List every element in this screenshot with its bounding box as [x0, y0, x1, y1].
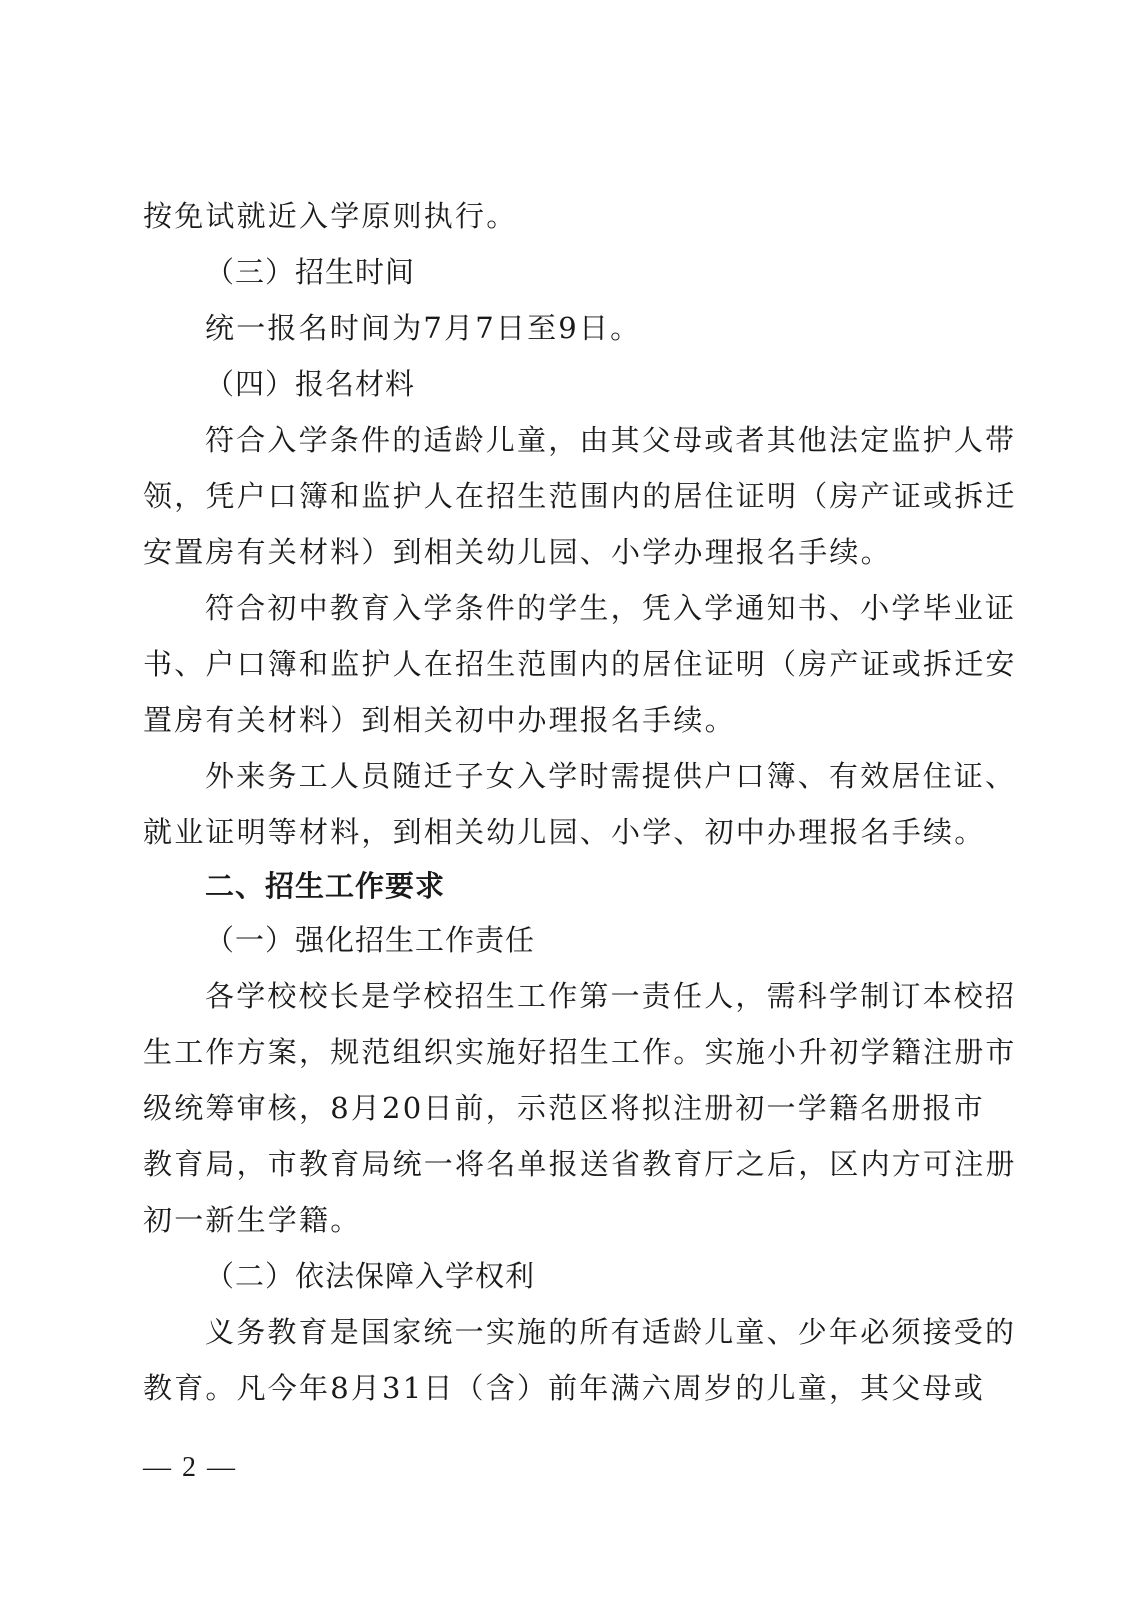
document-page: 按免试就近入学原则执行。 （三）招生时间 统一报名时间为7月7日至9日。 （四）… — [0, 0, 1131, 1600]
section-heading-enrollment-requirements: 二、招生工作要求 — [205, 866, 1035, 906]
paragraph-line: 领，凭户口簿和监护人在招生范围内的居住证明（房产证或拆迁 — [143, 476, 973, 516]
paragraph-line: 统一报名时间为7月7日至9日。 — [205, 308, 1035, 348]
paragraph-line: 义务教育是国家统一实施的所有适龄儿童、少年必须接受的 — [205, 1312, 1035, 1352]
paragraph-line: 级统筹审核，8月20日前，示范区将拟注册初一学籍名册报市 — [143, 1088, 973, 1128]
section-subheading-enrollment-time: （三）招生时间 — [205, 252, 1035, 292]
paragraph-line: 外来务工人员随迁子女入学时需提供户口簿、有效居住证、 — [205, 756, 1035, 796]
section-subheading-enrollment-rights: （二）依法保障入学权利 — [205, 1256, 1035, 1296]
paragraph-line: 教育。凡今年8月31日（含）前年满六周岁的儿童，其父母或 — [143, 1368, 973, 1408]
paragraph-line: 各学校校长是学校招生工作第一责任人，需科学制订本校招 — [205, 976, 1035, 1016]
paragraph-line: 置房有关材料）到相关初中办理报名手续。 — [143, 700, 973, 740]
paragraph-line: 符合入学条件的适龄儿童，由其父母或者其他法定监护人带 — [205, 420, 1035, 460]
paragraph-line: 初一新生学籍。 — [143, 1200, 973, 1240]
section-subheading-registration-materials: （四）报名材料 — [205, 364, 1035, 404]
page-number: — 2 — — [143, 1452, 237, 1484]
paragraph-line: 生工作方案，规范组织实施好招生工作。实施小升初学籍注册市 — [143, 1032, 973, 1072]
paragraph-line: 就业证明等材料，到相关幼儿园、小学、初中办理报名手续。 — [143, 812, 973, 852]
paragraph-line: 安置房有关材料）到相关幼儿园、小学办理报名手续。 — [143, 532, 973, 572]
paragraph-line: 符合初中教育入学条件的学生，凭入学通知书、小学毕业证 — [205, 588, 1035, 628]
paragraph-line: 教育局，市教育局统一将名单报送省教育厅之后，区内方可注册 — [143, 1144, 973, 1184]
section-subheading-responsibility: （一）强化招生工作责任 — [205, 920, 1035, 960]
paragraph-line: 书、户口簿和监护人在招生范围内的居住证明（房产证或拆迁安 — [143, 644, 973, 684]
paragraph-line: 按免试就近入学原则执行。 — [143, 196, 973, 236]
